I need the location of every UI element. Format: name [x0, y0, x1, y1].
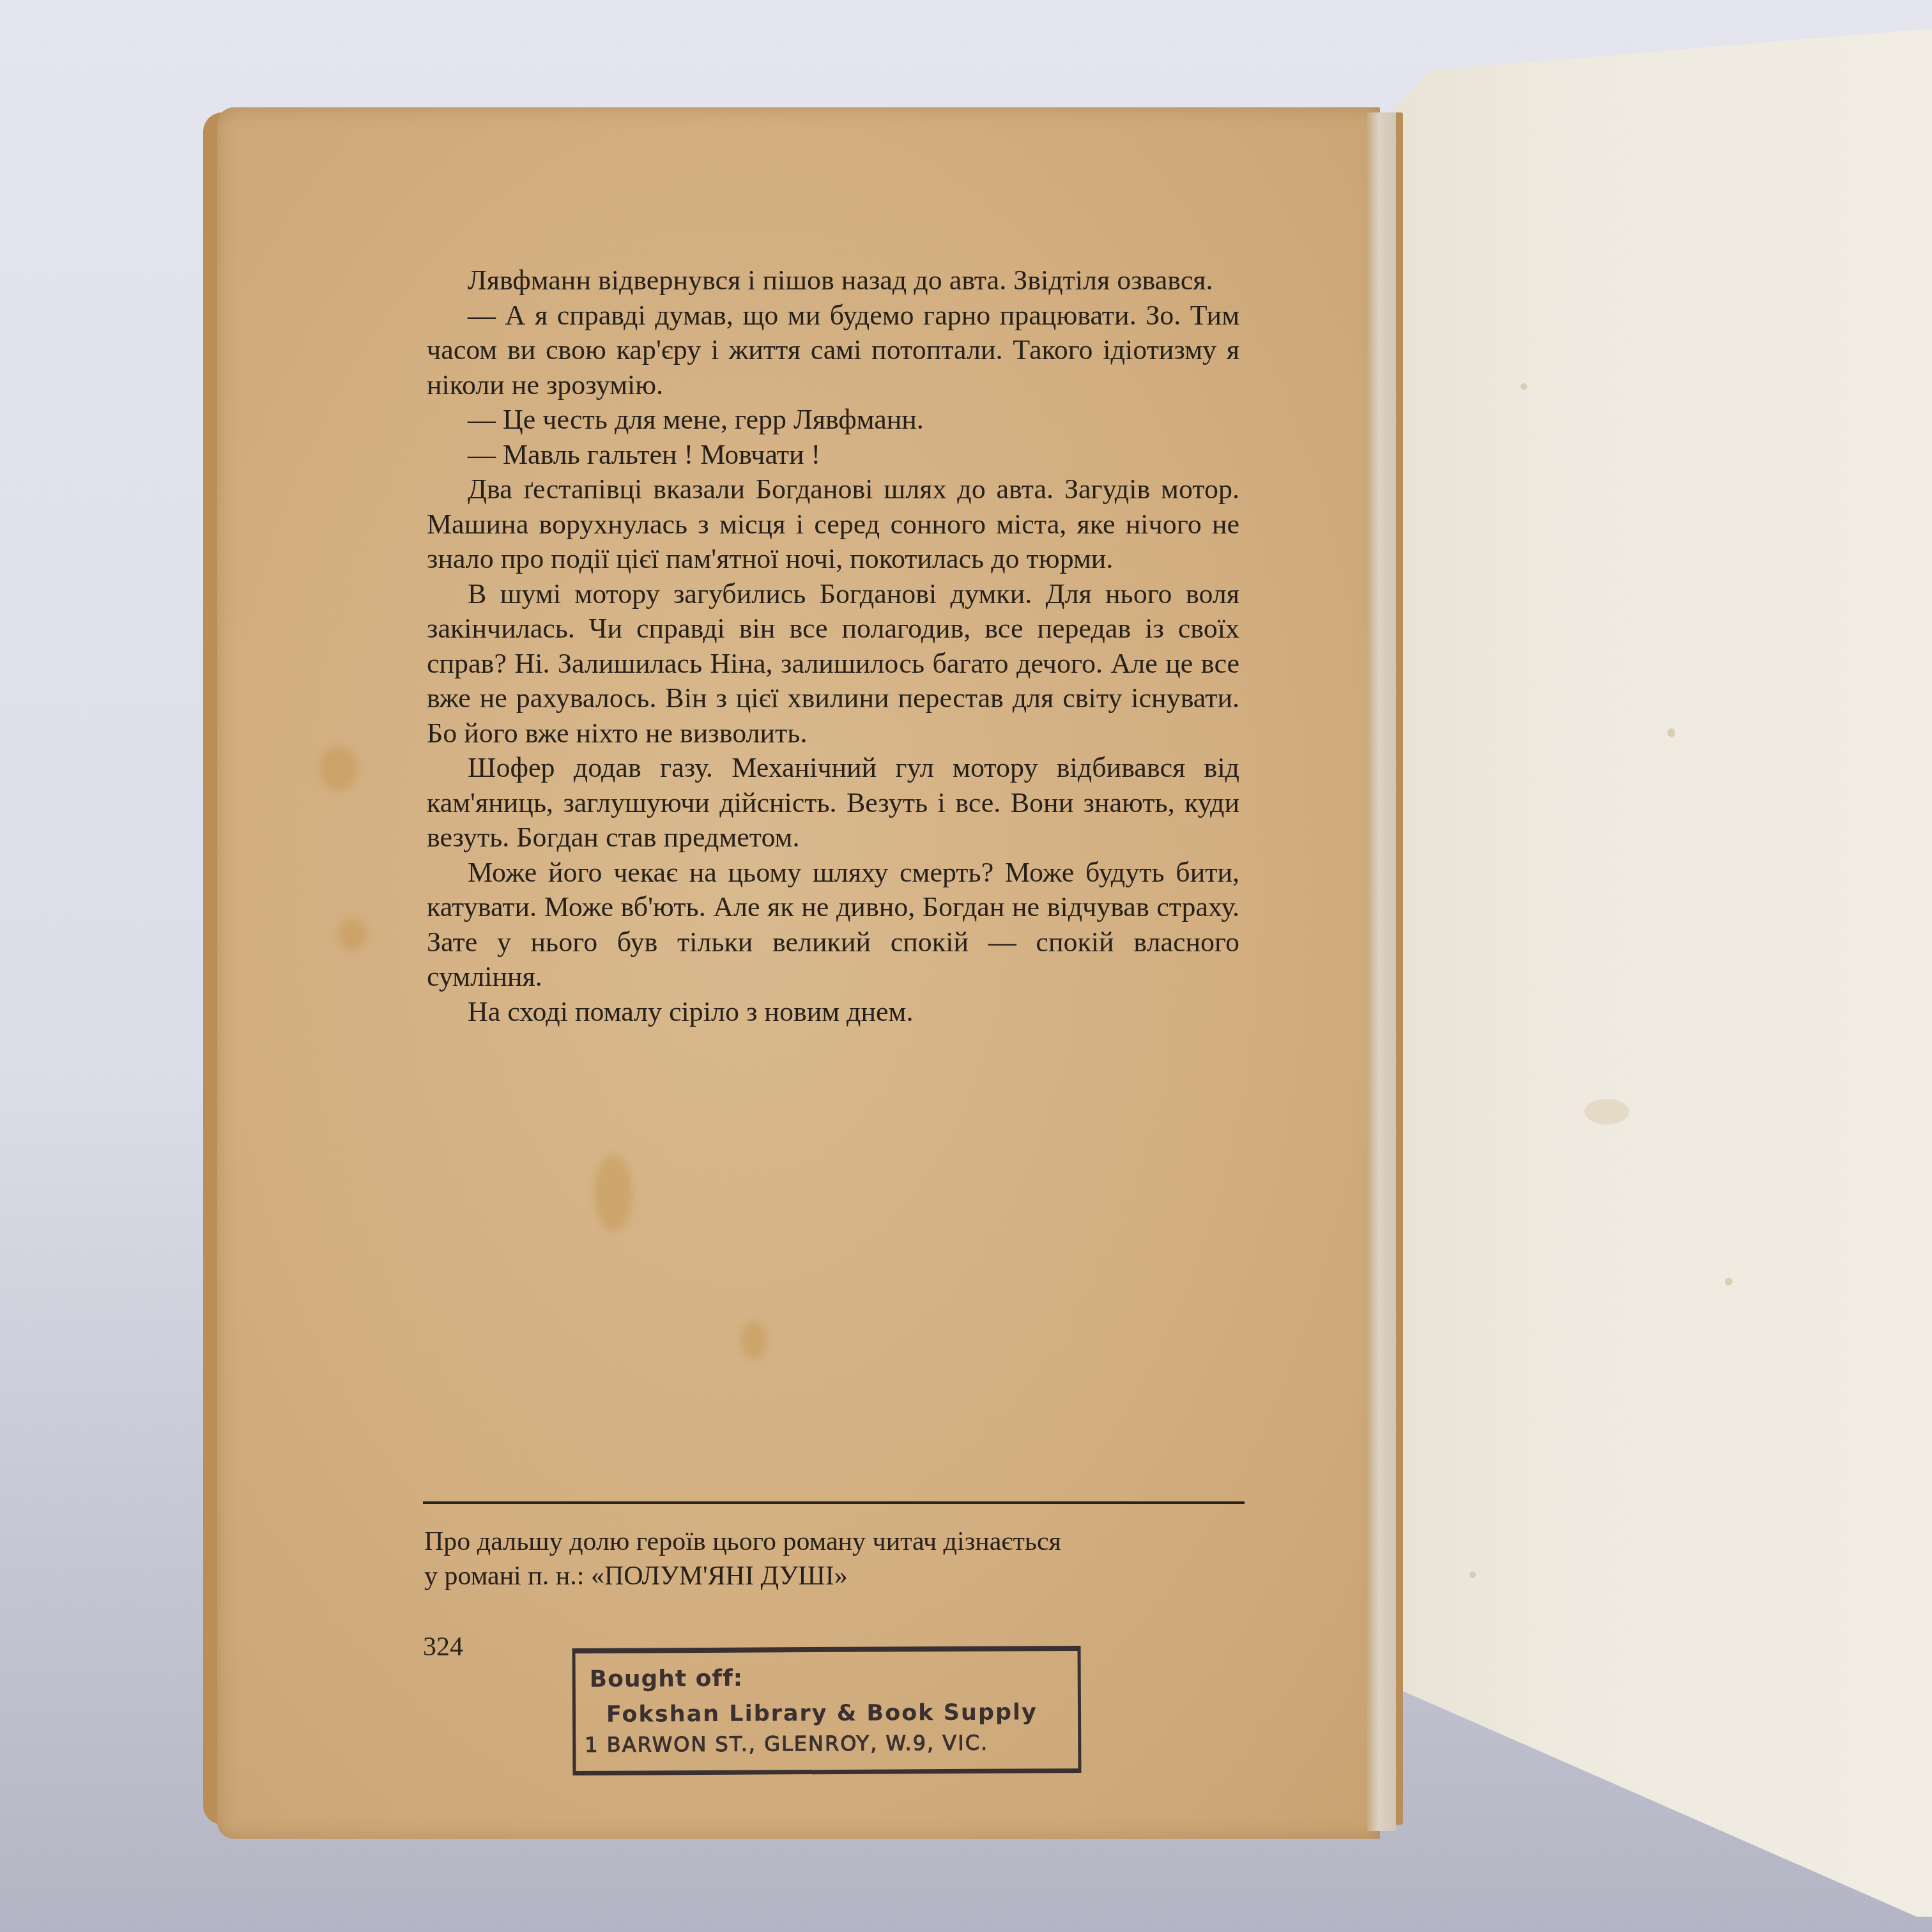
foxing-spot [1469, 1572, 1476, 1578]
foxing-spot [1725, 1278, 1733, 1285]
paragraph: — А я справді думав, що ми будемо гарно … [427, 298, 1239, 403]
paper-stain [339, 919, 367, 951]
stamp-line: Bought off: [590, 1666, 744, 1692]
paragraph: В шумі мотору загубились Богданові думки… [427, 577, 1239, 751]
paragraph: Два ґестапівці вказали Богданові шлях до… [427, 472, 1239, 577]
footnote-line: у романі п. н.: «ПОЛУМ'ЯНІ ДУШІ» [424, 1559, 1255, 1593]
stamp-line: 1 BARWON ST., GLENROY, W.9, VIC. [585, 1731, 988, 1757]
footnote-divider [423, 1501, 1245, 1504]
paragraph: На сході помалу сіріло з новим днем. [427, 995, 1239, 1030]
paragraph: Може його чекає на цьому шляху смерть? М… [427, 855, 1239, 995]
paragraph: Шофер додав газу. Механічний гул мотору … [427, 751, 1239, 855]
bookseller-stamp: Bought off: Fokshan Library & Book Suppl… [572, 1646, 1081, 1775]
paper-stain [319, 746, 358, 791]
body-text: Лявфманн відвернувся і пішов назад до ав… [427, 263, 1239, 1029]
stamp-line: Fokshan Library & Book Supply [606, 1699, 1038, 1728]
footnote: Про дальшу долю героїв цього роману чита… [424, 1524, 1255, 1593]
footnote-line: Про дальшу долю героїв цього роману чита… [424, 1524, 1255, 1559]
paragraph: Лявфманн відвернувся і пішов назад до ав… [427, 263, 1239, 298]
opposite-blank-page [1393, 26, 1932, 1917]
paragraph: — Це честь для мене, герр Лявфманн. [427, 402, 1239, 438]
foxing-spot [1667, 728, 1675, 737]
page-gutter [1367, 112, 1396, 1831]
paper-stain [594, 1155, 632, 1232]
paper-stain [741, 1321, 767, 1360]
foxing-spot [1584, 1099, 1629, 1124]
foxing-spot [1521, 383, 1527, 390]
page-number: 324 [423, 1632, 463, 1662]
paragraph: — Мавль гальтен ! Мовчати ! [427, 438, 1239, 473]
